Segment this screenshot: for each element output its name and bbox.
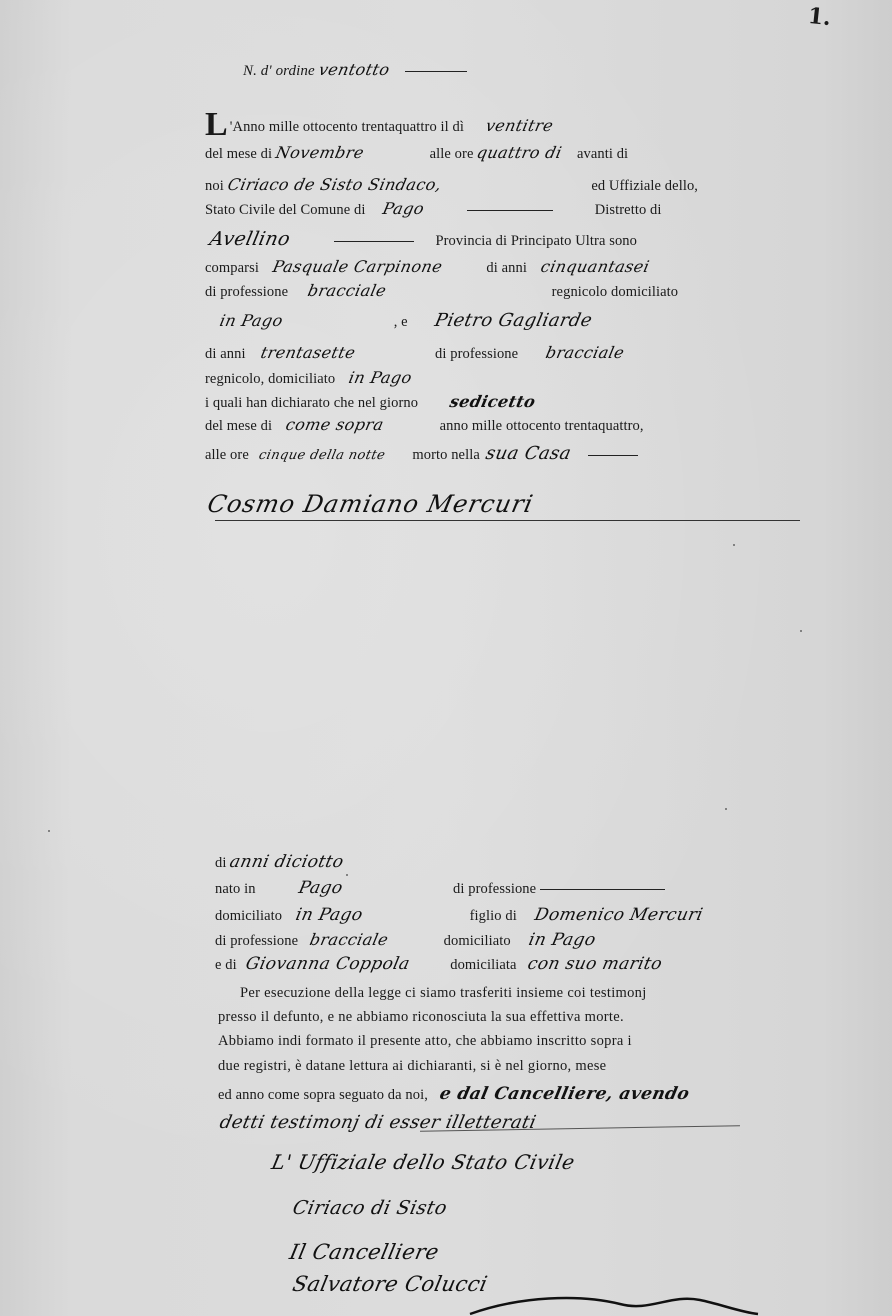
printed-text: alle ore xyxy=(430,146,474,162)
s2-line5: e di Giovanna Coppola domiciliata con su… xyxy=(215,954,662,974)
handwritten-mayor: Ciriaco de Sisto Sindaco, xyxy=(226,175,590,194)
s1-line3: noi Ciriaco de Sisto Sindaco, ed Uffizia… xyxy=(205,175,698,195)
printed-text: Stato Civile del Comune di xyxy=(205,202,365,218)
printed-text: domiciliato xyxy=(215,908,282,924)
s2-last-line: ed anno come sopra seguato da noi, e dal… xyxy=(218,1084,689,1104)
printed-text: del mese di xyxy=(205,146,272,162)
printed-text: noi xyxy=(205,178,224,194)
paper-speck xyxy=(800,630,802,632)
s2-line1: di anni diciotto xyxy=(215,852,344,872)
rule xyxy=(588,455,638,456)
printed-text: anno mille ottocento trentaquattro, xyxy=(440,418,644,434)
printed-text: avanti di xyxy=(577,146,628,162)
handwritten-deceased-residence: in Pago xyxy=(294,905,468,925)
handwritten-residence2: in Pago xyxy=(347,368,414,387)
official-title-signature: L' Uffiziale dello Stato Civile xyxy=(272,1150,575,1174)
printed-text: Distretto di xyxy=(595,202,662,218)
s1-line10: regnicolo, domiciliato in Pago xyxy=(205,368,412,388)
printed-text: domiciliato xyxy=(444,933,511,949)
handwritten-death-hour: cinque della notte xyxy=(257,448,410,463)
handwritten-death-place: sua Casa xyxy=(483,443,572,464)
s1-line8: in Pago , e Pietro Gagliarde xyxy=(220,310,592,331)
s1-line1: L'Anno mille ottocento trentaquattro il … xyxy=(205,110,553,140)
s1-line13: alle ore cinque della notte morto nella … xyxy=(205,443,638,464)
s1-line11: i quali han dichiarato che nel giorno se… xyxy=(205,392,535,412)
handwritten-chancellor-note: e dal Cancelliere, avendo xyxy=(438,1084,691,1104)
s2-line3: domiciliato in Pago figlio di Domenico M… xyxy=(215,905,702,925)
order-number-handwritten: ventotto xyxy=(317,60,392,79)
handwritten-father-profession: bracciale xyxy=(308,930,442,949)
printed-text: e di xyxy=(215,957,237,973)
paper-speck xyxy=(48,830,50,832)
printed-text: del mese di xyxy=(205,418,272,434)
printed-text: di professione xyxy=(435,346,518,362)
deceased-name-line: Cosmo Damiano Mercuri xyxy=(208,490,533,518)
handwritten-mother: Giovanna Coppola xyxy=(244,954,448,974)
s1-line6: comparsi Pasquale Carpinone di anni cinq… xyxy=(205,257,649,277)
handwritten-declarant1: Pasquale Carpinone xyxy=(271,257,485,276)
page-number: 1. xyxy=(807,3,833,31)
handwritten-deceased-age: anni diciotto xyxy=(228,852,346,872)
s1-line7: di professione bracciale regnicolo domic… xyxy=(205,281,678,301)
printed-text: morto nella xyxy=(412,447,480,463)
deceased-name-underline xyxy=(215,520,800,521)
order-number-line: N. d' ordine ventotto xyxy=(243,60,467,80)
printed-text: alle ore xyxy=(205,447,249,463)
handwritten-day: ventitre xyxy=(484,116,555,135)
s1-line5: Avellino Provincia di Principato Ultra s… xyxy=(210,228,637,250)
handwritten-district: Avellino xyxy=(208,228,333,250)
paper-speck xyxy=(733,544,735,546)
dropcap-l: L xyxy=(205,106,228,143)
rule xyxy=(334,241,414,242)
s2-line4: di professione bracciale domiciliato in … xyxy=(215,930,595,950)
handwritten-mother-residence: con suo marito xyxy=(526,954,664,974)
handwritten-father-residence: in Pago xyxy=(526,930,597,950)
official-name-signature: Ciriaco di Sisto xyxy=(293,1197,447,1219)
printed-text: Provincia di Principato Ultra sono xyxy=(435,233,637,249)
s1-line2: del mese di Novembre alle ore quattro di… xyxy=(205,143,628,163)
printed-text: di professione xyxy=(215,933,298,949)
printed-text: di professione xyxy=(205,284,288,300)
printed-text: , e xyxy=(394,314,408,330)
signature-flourish xyxy=(460,1290,760,1316)
handwritten-profession2: bracciale xyxy=(544,343,626,362)
handwritten-chancellor-title: Il Cancelliere xyxy=(287,1240,441,1264)
printed-text: di xyxy=(215,855,226,871)
printed-text: ed anno come sopra seguato da noi, xyxy=(218,1087,428,1103)
printed-text: regnicolo, domiciliato xyxy=(205,371,335,387)
printed-text: domiciliata xyxy=(450,957,516,973)
handwritten-profession1: bracciale xyxy=(306,281,550,300)
handwritten-age1: cinquantasei xyxy=(539,257,651,276)
printed-text: regnicolo domiciliato xyxy=(552,284,679,300)
s2-paragraph-line2: presso il defunto, e ne abbiamo riconosc… xyxy=(218,1009,624,1026)
paper-speck xyxy=(346,874,348,876)
printed-text: di anni xyxy=(486,260,527,276)
chancellor-name-signature: Salvatore Colucci xyxy=(293,1272,487,1296)
handwritten-age2: trentasette xyxy=(259,343,433,362)
handwritten-month: Novembre xyxy=(274,143,428,162)
handwritten-death-month: come sopra xyxy=(284,415,438,434)
handwritten-hour: quattro di xyxy=(475,143,575,162)
handwritten-declarant2: Pietro Gagliarde xyxy=(433,310,594,331)
paper-speck xyxy=(725,808,727,810)
s1-line4: Stato Civile del Comune di Pago Distrett… xyxy=(205,199,662,219)
chancellor-title-signature: Il Cancelliere xyxy=(290,1240,439,1264)
printed-text: 'Anno mille ottocento trentaquattro il d… xyxy=(230,119,464,135)
printed-text: ed Uffiziale dello, xyxy=(591,178,698,194)
s2-paragraph-line1: Per esecuzione della legge ci siamo tras… xyxy=(240,985,647,1002)
handwritten-birthplace: Pago xyxy=(297,878,451,898)
handwritten-death-day: sedicetto xyxy=(448,392,537,411)
printed-text: comparsi xyxy=(205,260,259,276)
handwritten-residence1: in Pago xyxy=(218,311,392,330)
rule xyxy=(467,210,553,211)
handwritten-official-title: L' Uffiziale dello Stato Civile xyxy=(269,1150,577,1174)
printed-text: di anni xyxy=(205,346,246,362)
printed-text: i quali han dichiarato che nel giorno xyxy=(205,395,418,411)
printed-text: nato in xyxy=(215,881,256,897)
handwritten-official-name: Ciriaco di Sisto xyxy=(291,1197,450,1219)
rule xyxy=(405,71,467,72)
handwritten-comune: Pago xyxy=(381,199,465,218)
handwritten-deceased-name: Cosmo Damiano Mercuri xyxy=(205,490,536,518)
s2-line2: nato in Pago di professione xyxy=(215,878,665,898)
s1-line12: del mese di come sopra anno mille ottoce… xyxy=(205,415,644,435)
scanned-document-page: 1. N. d' ordine ventotto L'Anno mille ot… xyxy=(0,0,892,1316)
rule xyxy=(540,889,665,890)
s2-paragraph-line3: Abbiamo indi formato il presente atto, c… xyxy=(218,1033,632,1050)
order-label: N. d' ordine xyxy=(243,63,315,79)
handwritten-father: Domenico Mercuri xyxy=(532,905,704,925)
s1-line9: di anni trentasette di professione bracc… xyxy=(205,343,624,363)
s2-paragraph-line4: due registri, è datane lettura ai dichia… xyxy=(218,1058,606,1075)
printed-text: figlio di xyxy=(470,908,517,924)
printed-text: di professione xyxy=(453,881,536,897)
